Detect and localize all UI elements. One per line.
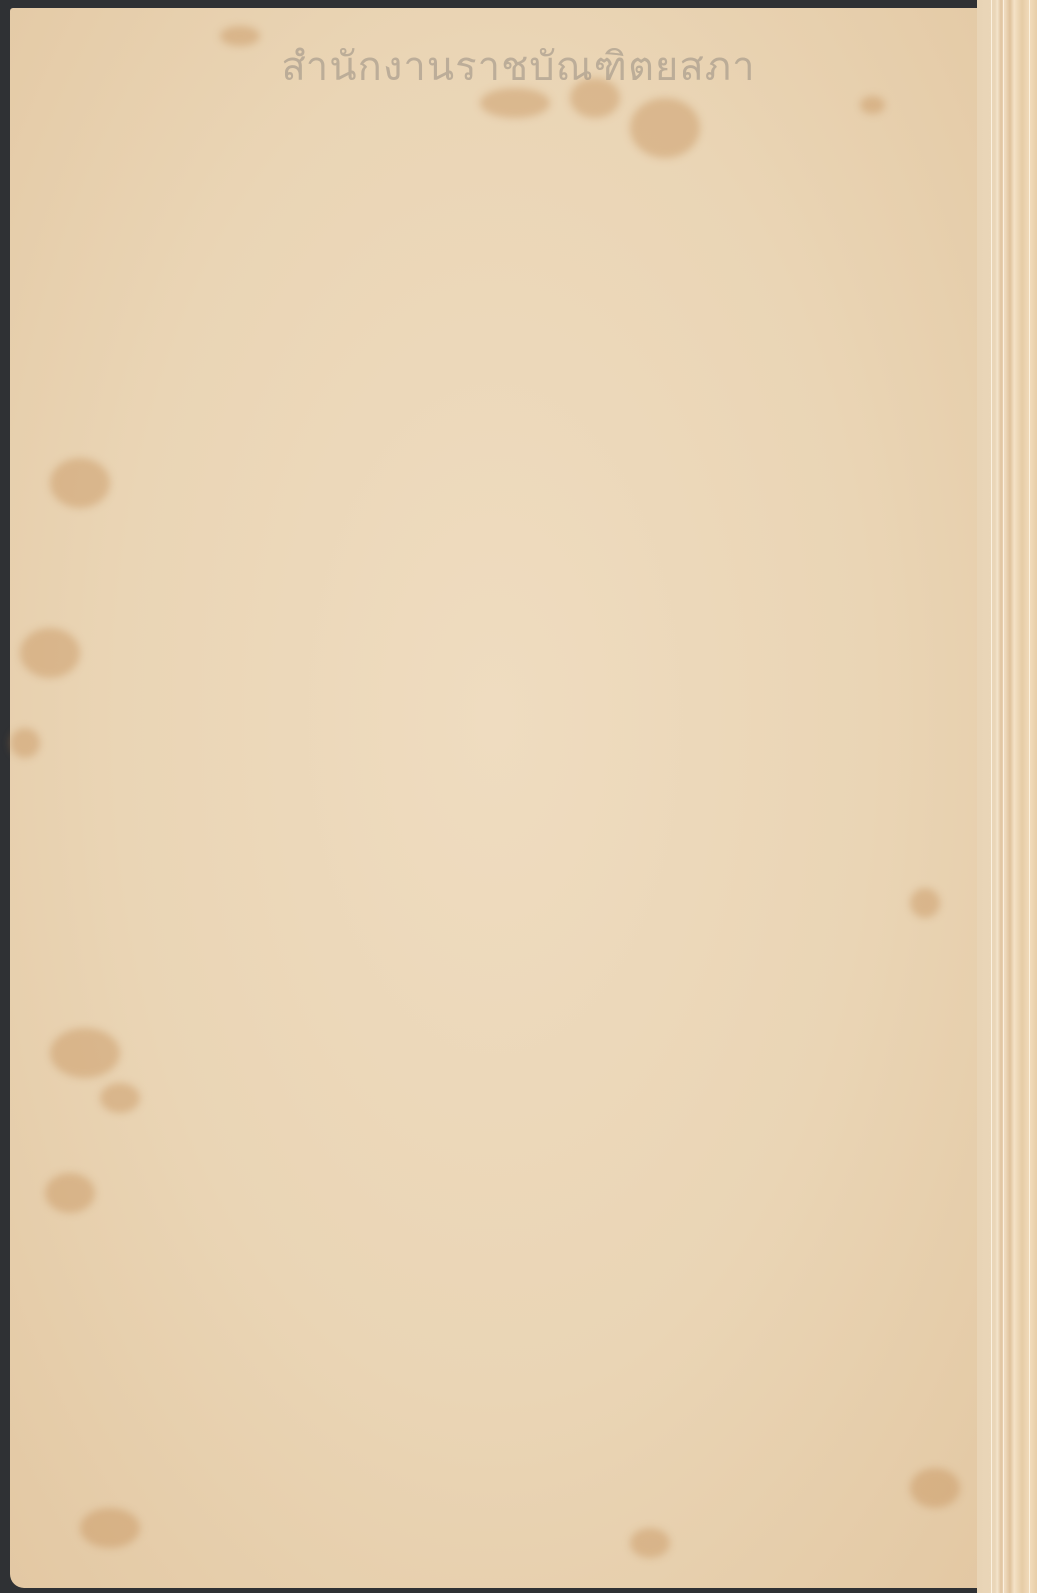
edge-line [991, 0, 992, 1593]
foxing-stain [630, 98, 700, 158]
foxing-stain [860, 96, 885, 114]
book-page [10, 8, 980, 1588]
foxing-stain [80, 1508, 140, 1548]
foxing-stain [910, 888, 940, 918]
edge-line [1003, 0, 1004, 1593]
page-edges [977, 0, 1037, 1593]
foxing-stain [10, 728, 40, 758]
foxing-stain [910, 1468, 960, 1508]
foxing-stain [20, 628, 80, 678]
foxing-stain [50, 1028, 120, 1078]
foxing-stain [630, 1528, 670, 1558]
watermark: สำนักงานราชบัณฑิตยสภา [0, 34, 1037, 98]
foxing-stain [45, 1173, 95, 1213]
foxing-stain [100, 1083, 140, 1113]
edge-line [1029, 0, 1030, 1593]
foxing-stain [50, 458, 110, 508]
